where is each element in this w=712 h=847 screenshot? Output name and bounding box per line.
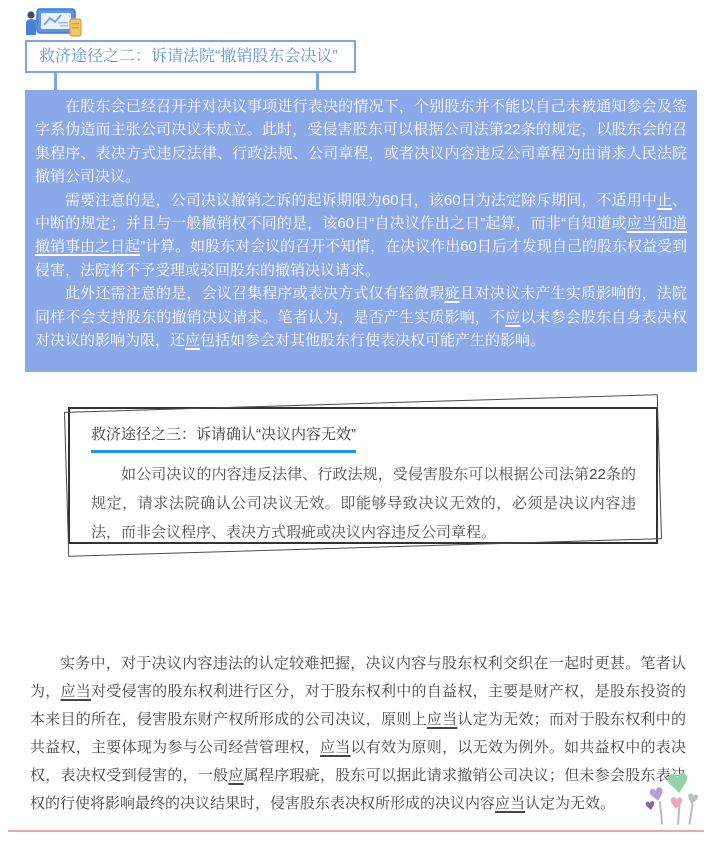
title-box-leg-right: [316, 72, 319, 91]
section-revoke-content: 在股东会已经召开并对决议事项进行表决的情况下，个别股东并不能以自己未被通知参会及…: [25, 90, 697, 372]
heart-icon: ♥: [684, 792, 700, 809]
section-invalid-box: 救济途径之三：诉请确认“决议内容无效” 如公司决议的内容违反法律、行政法规，受侵…: [68, 407, 658, 544]
paragraph: 此外还需注意的是，会议召集程序或表决方式仅有轻微瑕疵且对决议未产生实质影响的，法…: [35, 282, 687, 352]
footer-divider: [8, 830, 704, 832]
section-invalid-body: 如公司决议的内容违反法律、行政法规，受侵害股东可以根据公司法第22条的规定，请求…: [91, 460, 636, 547]
section-invalid-title: 救济途径之三：诉请确认“决议内容无效”: [91, 423, 356, 453]
presenter-board-icon: [24, 7, 84, 38]
article-page: 救济途径之二：诉请法院“撤销股东会决议” 在股东会已经召开并对决议事项进行表决的…: [0, 0, 712, 847]
section-revoke-title: 救济途径之二：诉请法院“撤销股东会决议”: [25, 40, 356, 73]
title-box-leg-left: [54, 72, 57, 91]
paragraph: 需要注意的是，公司决议撤销之诉的起诉期限为60日，该60日为法定除斥期间，不适用…: [35, 189, 687, 283]
analysis-paragraph: 实务中，对于决议内容违法的认定较难把握，决议内容与股东权利交织在一起时更甚。笔者…: [30, 650, 686, 818]
paragraph: 在股东会已经召开并对决议事项进行表决的情况下，个别股东并不能以自己未被通知参会及…: [35, 95, 687, 189]
